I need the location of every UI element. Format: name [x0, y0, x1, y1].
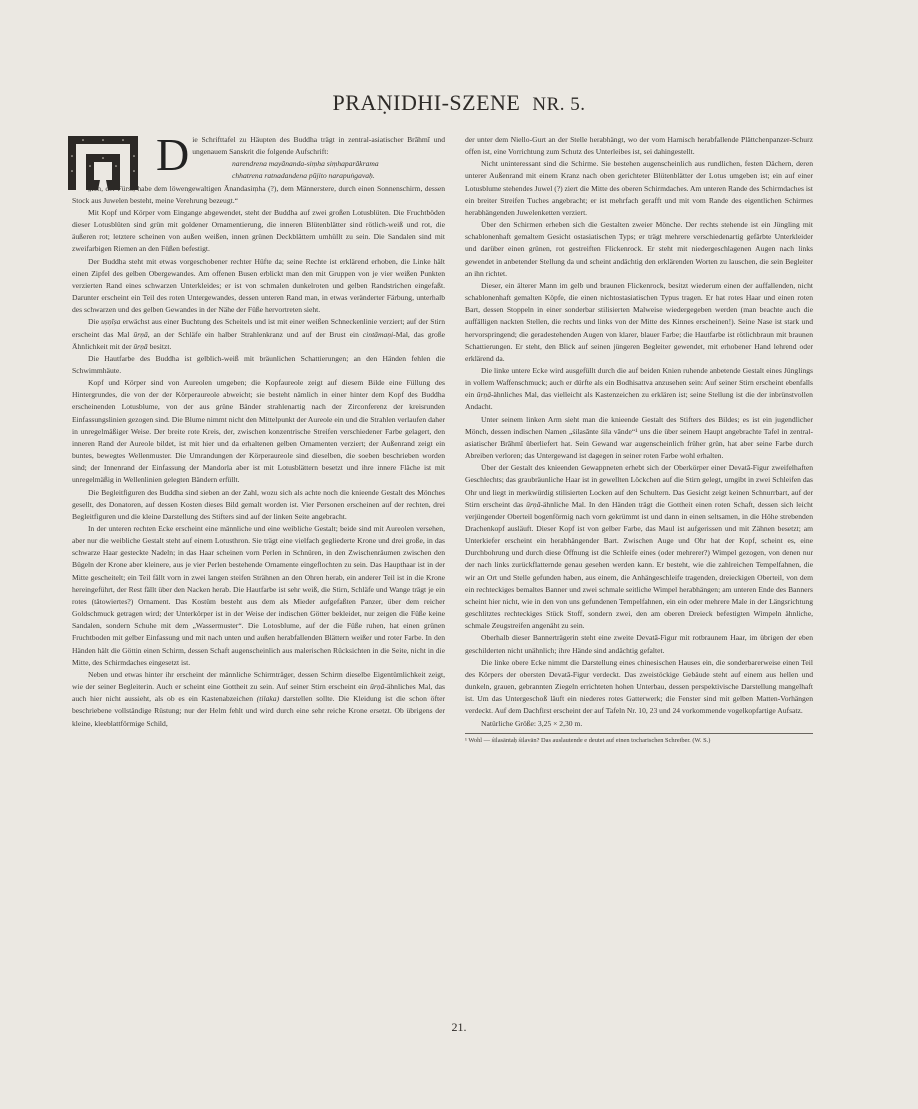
paragraph: Die Hautfarbe des Buddha ist gelblich-we… [72, 353, 445, 377]
natural-size: Natürliche Größe: 3,25 × 2,30 m. [465, 718, 813, 730]
paragraph: Oberhalb dieser Bannerträgerin steht ein… [465, 632, 813, 656]
initial-block: D ie Schrifttafel zu Häupten des Buddha … [72, 134, 445, 183]
paragraph: Unter seinem linken Arm sieht man die kn… [465, 414, 813, 463]
title-number: NR. 5. [532, 94, 585, 115]
paragraph: Die linke untere Ecke wird ausgefüllt du… [465, 365, 813, 414]
paragraph: Der Buddha steht mit etwas vorgeschobene… [72, 256, 445, 317]
footnote-divider [465, 733, 813, 734]
paragraph: Über der Gestalt des knieenden Gewappnet… [465, 462, 813, 632]
paragraph: Kopf und Körper sind von Aureolen umgebe… [72, 377, 445, 486]
decorative-frame-ornament-icon [68, 136, 138, 190]
paragraph: Mit Kopf und Körper vom Eingange abgewen… [72, 207, 445, 256]
paragraph: der unter dem Niello-Gurt an der Stelle … [465, 134, 813, 158]
right-column: der unter dem Niello-Gurt an der Stelle … [465, 134, 813, 745]
footnote: ¹ Wohl — śilasāntaḥ śilavān? Das auslaut… [465, 736, 813, 745]
title-main: PRAṆIDHI-SZENE [332, 90, 520, 115]
paragraph: Die uṣṇīṣa erwächst aus einer Buchtung d… [72, 316, 445, 352]
paragraph: Die linke obere Ecke nimmt die Darstellu… [465, 657, 813, 718]
paragraph: Über den Schirmen erheben sich die Gesta… [465, 219, 813, 280]
drop-cap: D [156, 136, 189, 174]
paragraph: Nicht uninteressant sind die Schirme. Si… [465, 158, 813, 219]
page-title: PRAṆIDHI-SZENE NR. 5. [0, 90, 918, 116]
paragraph: Dieser, ein älterer Mann im gelb und bra… [465, 280, 813, 365]
paragraph: Neben und etwas hinter ihr erscheint der… [72, 669, 445, 730]
paragraph: In der unteren rechten Ecke erscheint ei… [72, 523, 445, 669]
paragraph: Die Begleitfiguren des Buddha sind siebe… [72, 487, 445, 523]
page-number: 21. [0, 1020, 918, 1035]
left-column: D ie Schrifttafel zu Häupten des Buddha … [72, 134, 445, 730]
